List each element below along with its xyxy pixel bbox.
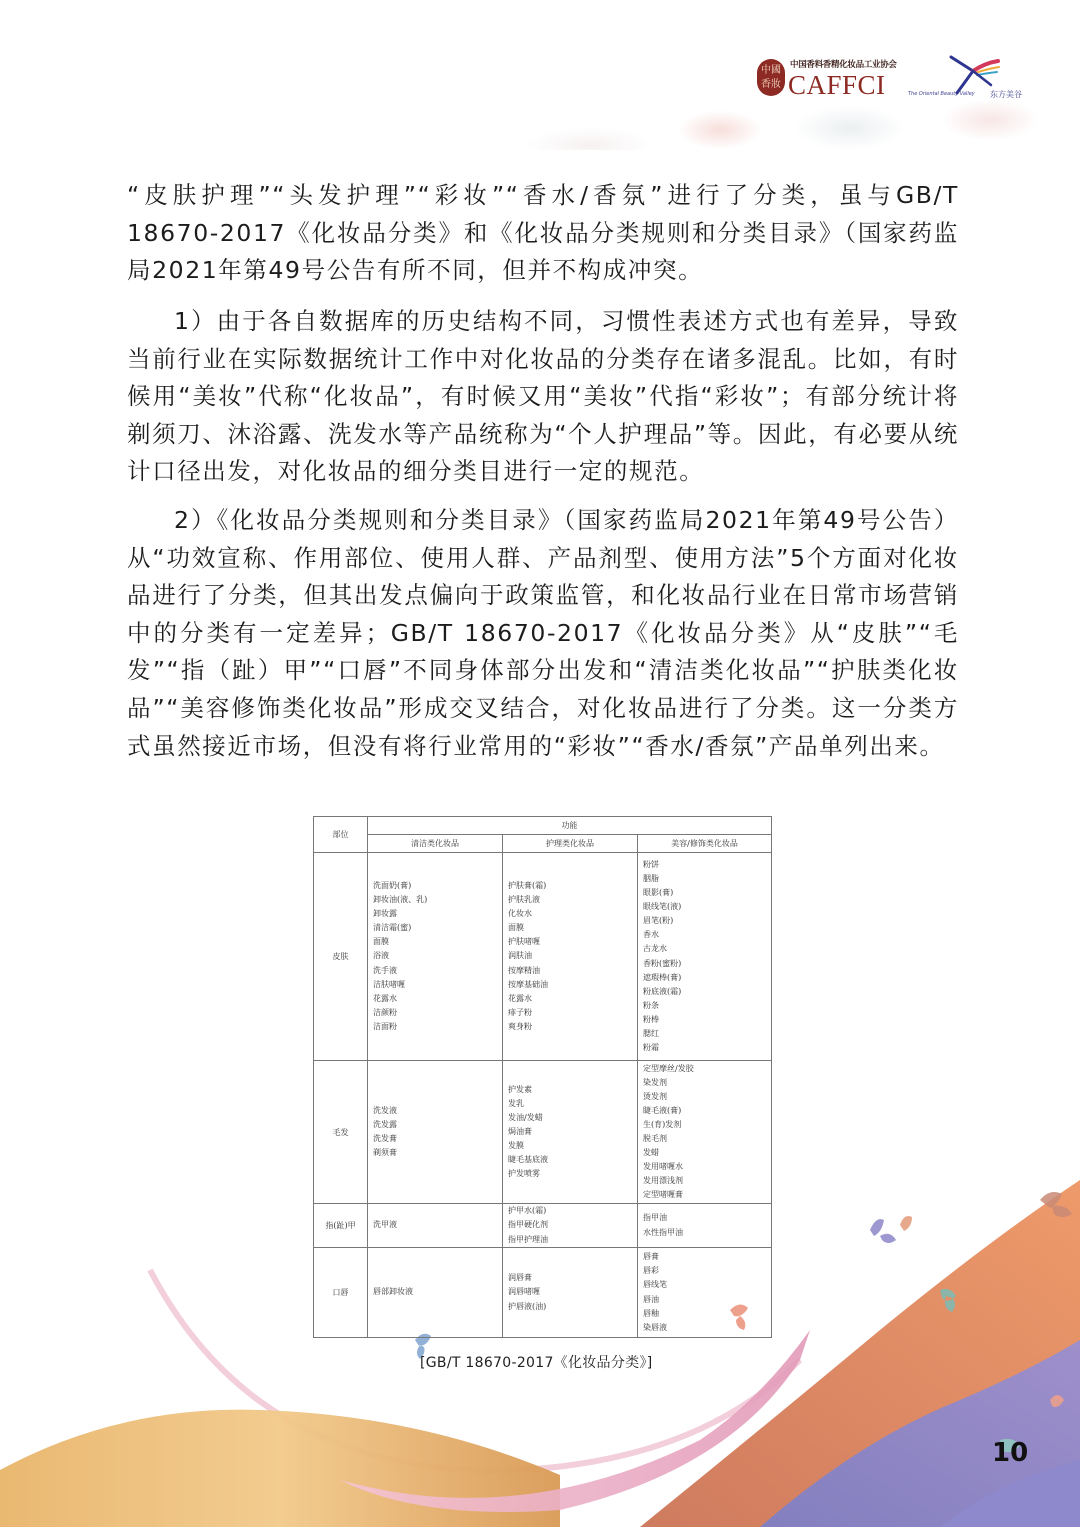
oriental-beauty-valley-logo: The Oriental Beauty Valley 东方美谷 xyxy=(908,55,1028,100)
list-item: 睫毛液(膏) xyxy=(643,1104,771,1118)
list-item: 面膜 xyxy=(508,921,637,935)
care-list: 护肤膏(霜) 护肤乳液 化妆水 面膜 护肤啫喱 润肤油 按摩精油 按摩基础油 花… xyxy=(503,853,638,1061)
column-care: 护理类化妆品 xyxy=(503,835,638,853)
paragraph-point-2: 2）《化妆品分类规则和分类目录》（国家药监局2021年第49号公告）从“功效宣称… xyxy=(127,502,959,765)
list-item: 护肤膏(霜) xyxy=(508,879,637,893)
list-item: 腮红 xyxy=(643,1027,771,1041)
list-item: 唇釉 xyxy=(643,1307,771,1321)
list-item: 花露水 xyxy=(508,992,637,1006)
list-item: 粉棒 xyxy=(643,1013,771,1027)
caffci-chinese-name: 中国香料香精化妆品工业协会 xyxy=(790,58,897,70)
column-cleansing: 清洁类化妆品 xyxy=(368,835,503,853)
list-item: 洗面奶(膏) xyxy=(373,879,502,893)
list-item: 香粉(蜜粉) xyxy=(643,957,771,971)
list-item: 发乳 xyxy=(508,1097,637,1111)
list-item: 卸妆露 xyxy=(373,907,502,921)
table-caption: [GB/T 18670-2017《化妆品分类》] xyxy=(420,1352,653,1372)
list-item: 唇油 xyxy=(643,1293,771,1307)
list-item: 指甲硬化剂 xyxy=(508,1218,637,1232)
list-item: 发用啫喱水 xyxy=(643,1160,771,1174)
list-item: 护甲水(霜) xyxy=(508,1204,637,1218)
list-item: 发蜡 xyxy=(643,1146,771,1160)
list-item: 洁颜粉 xyxy=(373,1006,502,1020)
list-item: 面膜 xyxy=(373,935,502,949)
list-item: 洗发膏 xyxy=(373,1132,502,1146)
seal-line-1: 中國 xyxy=(761,64,781,78)
caffci-logo: 中國 香妝 中国香料香精化妆品工业协会 CAFFCI xyxy=(757,55,897,100)
paragraph-intro: “皮肤护理”“头发护理”“彩妆”“香水/香氛”进行了分类，虽与GB/T 1867… xyxy=(127,177,959,290)
list-item: 定型啫喱膏 xyxy=(643,1188,771,1202)
list-item: 定型摩丝/发胶 xyxy=(643,1062,771,1076)
list-item: 润唇膏 xyxy=(508,1271,637,1285)
list-item: 护唇液(油) xyxy=(508,1300,637,1314)
list-item: 剃须膏 xyxy=(373,1146,502,1160)
caffci-wordmark: CAFFCI xyxy=(788,71,886,99)
cleansing-list: 洗面奶(膏) 卸妆油(液、乳) 卸妆露 清洁霜(蜜) 面膜 浴液 洗手液 洁肤啫… xyxy=(368,853,503,1061)
list-item: 唇部卸妆液 xyxy=(373,1285,502,1299)
header-part: 部位 xyxy=(314,817,368,853)
table-row-hair: 毛发 洗发液 洗发露 洗发膏 剃须膏 护发素 发乳 发油/发蜡 焗油膏 发膜 睫… xyxy=(314,1061,772,1204)
list-item: 清洁霜(蜜) xyxy=(373,921,502,935)
list-item: 化妆水 xyxy=(508,907,637,921)
list-item: 洗甲液 xyxy=(373,1218,502,1232)
list-item: 焗油膏 xyxy=(508,1125,637,1139)
caffci-wordmark-text: CAFFCI xyxy=(788,70,886,100)
table-row-lip: 口唇 唇部卸妆液 润唇膏 润唇啫喱 护唇液(油) 唇膏 唇彩 唇线笔 唇油 唇釉… xyxy=(314,1248,772,1338)
list-item: 护肤乳液 xyxy=(508,893,637,907)
list-item: 唇彩 xyxy=(643,1264,771,1278)
list-item: 护发素 xyxy=(508,1083,637,1097)
row-part-label: 口唇 xyxy=(314,1248,368,1338)
list-item: 爽身粉 xyxy=(508,1020,637,1034)
beauty-valley-en: The Oriental Beauty Valley xyxy=(908,91,975,97)
list-item: 遮瑕棒(膏) xyxy=(643,971,771,985)
list-item: 洁肤啫喱 xyxy=(373,978,502,992)
list-item: 胭脂 xyxy=(643,872,771,886)
column-beauty: 美容/修饰类化妆品 xyxy=(638,835,772,853)
gb-table: 部位 功能 清洁类化妆品 护理类化妆品 美容/修饰类化妆品 皮肤 洗面奶(膏) … xyxy=(313,816,772,1338)
list-item: 眼线笔(液) xyxy=(643,900,771,914)
beauty-list: 唇膏 唇彩 唇线笔 唇油 唇釉 染唇液 xyxy=(638,1248,772,1338)
seal-line-2: 香妝 xyxy=(761,78,781,92)
list-item: 唇线笔 xyxy=(643,1278,771,1292)
beauty-list: 指甲油 水性指甲油 xyxy=(638,1204,772,1248)
list-item: 洗发液 xyxy=(373,1104,502,1118)
list-item: 睫毛基底液 xyxy=(508,1153,637,1167)
care-list: 护发素 发乳 发油/发蜡 焗油膏 发膜 睫毛基底液 护发喷雾 xyxy=(503,1061,638,1204)
list-item: 眉笔(粉) xyxy=(643,914,771,928)
list-item: 护发喷雾 xyxy=(508,1167,637,1181)
list-item: 烫发剂 xyxy=(643,1090,771,1104)
list-item: 指甲护理油 xyxy=(508,1233,637,1247)
list-item: 古龙水 xyxy=(643,942,771,956)
list-item: 发用漂浅剂 xyxy=(643,1174,771,1188)
cleansing-list: 洗发液 洗发露 洗发膏 剃须膏 xyxy=(368,1061,503,1204)
list-item: 按摩基础油 xyxy=(508,978,637,992)
list-item: 痱子粉 xyxy=(508,1006,637,1020)
list-item: 花露水 xyxy=(373,992,502,1006)
beauty-list: 粉饼 胭脂 眼影(膏) 眼线笔(液) 眉笔(粉) 香水 古龙水 香粉(蜜粉) 遮… xyxy=(638,853,772,1061)
list-item: 粉饼 xyxy=(643,858,771,872)
caffci-seal-icon: 中國 香妝 xyxy=(757,59,785,96)
list-item: 水性指甲油 xyxy=(643,1226,771,1240)
row-part-label: 指(趾)甲 xyxy=(314,1204,368,1248)
list-item: 香水 xyxy=(643,928,771,942)
care-list: 护甲水(霜) 指甲硬化剂 指甲护理油 xyxy=(503,1204,638,1248)
cleansing-list: 洗甲液 xyxy=(368,1204,503,1248)
list-item: 洗发露 xyxy=(373,1118,502,1132)
table-row-nail: 指(趾)甲 洗甲液 护甲水(霜) 指甲硬化剂 指甲护理油 指甲油 水性指甲油 xyxy=(314,1204,772,1248)
list-item: 发膜 xyxy=(508,1139,637,1153)
list-item: 粉条 xyxy=(643,999,771,1013)
row-part-label: 皮肤 xyxy=(314,853,368,1061)
list-item: 浴液 xyxy=(373,949,502,963)
list-item: 染发剂 xyxy=(643,1076,771,1090)
list-item: 粉底液(霜) xyxy=(643,985,771,999)
list-item: 发油/发蜡 xyxy=(508,1111,637,1125)
list-item: 洁面粉 xyxy=(373,1020,502,1034)
list-item: 洗手液 xyxy=(373,964,502,978)
list-item: 唇膏 xyxy=(643,1250,771,1264)
list-item: 指甲油 xyxy=(643,1211,771,1225)
list-item: 润唇啫喱 xyxy=(508,1285,637,1299)
row-part-label: 毛发 xyxy=(314,1061,368,1204)
list-item: 粉霜 xyxy=(643,1041,771,1055)
list-item: 卸妆油(液、乳) xyxy=(373,893,502,907)
list-item: 护肤啫喱 xyxy=(508,935,637,949)
paragraph-point-1: 1）由于各自数据库的历史结构不同，习惯性表述方式也有差异，导致当前行业在实际数据… xyxy=(127,303,959,491)
care-list: 润唇膏 润唇啫喱 护唇液(油) xyxy=(503,1248,638,1338)
table-row-skin: 皮肤 洗面奶(膏) 卸妆油(液、乳) 卸妆露 清洁霜(蜜) 面膜 浴液 洗手液 … xyxy=(314,853,772,1061)
list-item: 润肤油 xyxy=(508,949,637,963)
list-item: 眼影(膏) xyxy=(643,886,771,900)
header-function: 功能 xyxy=(368,817,772,835)
beauty-list: 定型摩丝/发胶 染发剂 烫发剂 睫毛液(膏) 生(育)发剂 脱毛剂 发蜡 发用啫… xyxy=(638,1061,772,1204)
cleansing-list: 唇部卸妆液 xyxy=(368,1248,503,1338)
page-number: 10 xyxy=(992,1438,1028,1468)
cosmetics-classification-table: 部位 功能 清洁类化妆品 护理类化妆品 美容/修饰类化妆品 皮肤 洗面奶(膏) … xyxy=(313,816,772,1336)
beauty-valley-cn: 东方美谷 xyxy=(990,89,1022,100)
list-item: 按摩精油 xyxy=(508,964,637,978)
list-item: 生(育)发剂 xyxy=(643,1118,771,1132)
list-item: 脱毛剂 xyxy=(643,1132,771,1146)
list-item: 染唇液 xyxy=(643,1321,771,1335)
